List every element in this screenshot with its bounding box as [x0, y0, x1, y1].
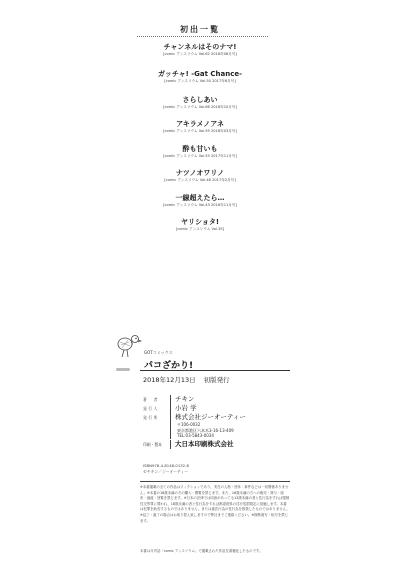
credit-publisher-person: 発行人 小岩 学 [143, 404, 303, 413]
credit-printer: 印刷・製本 大日本印刷株式会社 [143, 440, 303, 449]
isbn-block: ISBN978-4-8148-0132-8 ©チキン／ジーオーティー [143, 463, 189, 475]
list-title: 初出一覧 [0, 24, 400, 35]
edition: 初版発行 [204, 376, 230, 384]
credits-block: 著 者 チキン 発行人 小岩 学 発行所 株式会社ジーオーティー 〒106-00… [143, 395, 303, 449]
credit-author: 著 者 チキン [143, 395, 303, 404]
entry-title: ヤリショタ! [0, 218, 400, 227]
entry-source: [comic アンスリウム Vol.46 2017年2月号] [0, 178, 400, 183]
publication-date: 2018年12月13日初版発行 [143, 375, 230, 384]
legal-notice: ※本書掲載の全ての作品はフィクションであり、実在の人物・団体・事件などは一切関係… [140, 485, 290, 524]
entry-title: さらしあい [0, 96, 400, 105]
entry-source: [comic アンスリウム Vol.55 2017年11月号] [0, 154, 400, 159]
list-item: ヤリショタ! [comic アンスリウム Vol.35] [0, 218, 400, 232]
entry-source: [comic アンスリウム Vol.35] [0, 227, 400, 232]
source-note: 本書は月刊誌「comic アンスリウム」で掲載された作品を書籍化したものです。 [140, 549, 290, 555]
entry-source: [comic アンスリウム Vol.66 2018年10月号] [0, 105, 400, 110]
copyright: ©チキン／ジーオーティー [143, 469, 189, 475]
date: 2018年12月13日 [143, 376, 196, 384]
credit-publisher: 発行所 株式会社ジーオーティー [143, 413, 303, 422]
bird-mascot-icon [116, 333, 142, 359]
entry-title: ガッチャ! -Gat Chance- [0, 70, 400, 79]
entry-source: [comic アンスリウム Vol.43 2016年11月号] [0, 203, 400, 208]
entry-source: [comic アンスリウム Vol.59 2018年03月号] [0, 129, 400, 134]
list-item: さらしあい [comic アンスリウム Vol.66 2018年10月号] [0, 96, 400, 110]
entry-title: チャンネルはそのナマ! [0, 43, 400, 52]
entry-source: [comic アンスリウム Vol.50 2017年6月号] [0, 79, 400, 84]
publisher-address: 〒106-0032 東京都港区六本木3-16-13-409 TEL:03-584… [170, 422, 303, 439]
logo-shadow [116, 368, 130, 371]
entry-title: 酔も甘いも [0, 145, 400, 154]
title-divider [140, 370, 290, 371]
list-item: 酔も甘いも [comic アンスリウム Vol.55 2017年11月号] [0, 145, 400, 159]
entry-title: アキラメノアネ [0, 120, 400, 129]
entry-title: 一線超えたら… [0, 194, 400, 203]
list-item: ナツノオワリノ [comic アンスリウム Vol.46 2017年2月号] [0, 169, 400, 183]
list-item: ガッチャ! -Gat Chance- [comic アンスリウム Vol.50 … [0, 70, 400, 84]
list-item: 一線超えたら… [comic アンスリウム Vol.43 2016年11月号] [0, 194, 400, 208]
colophon-page: 初出一覧 チャンネルはそのナマ! [comic アンスリウム Vol.62 20… [0, 0, 400, 583]
dotted-divider [137, 36, 268, 37]
entry-source: [comic アンスリウム Vol.62 2018年06月号] [0, 52, 400, 57]
list-item: チャンネルはそのナマ! [comic アンスリウム Vol.62 2018年06… [0, 43, 400, 57]
entry-title: ナツノオワリノ [0, 169, 400, 178]
series-label: GOTコミックス [144, 350, 173, 356]
list-item: アキラメノアネ [comic アンスリウム Vol.59 2018年03月号] [0, 120, 400, 134]
notice-divider [140, 481, 290, 482]
